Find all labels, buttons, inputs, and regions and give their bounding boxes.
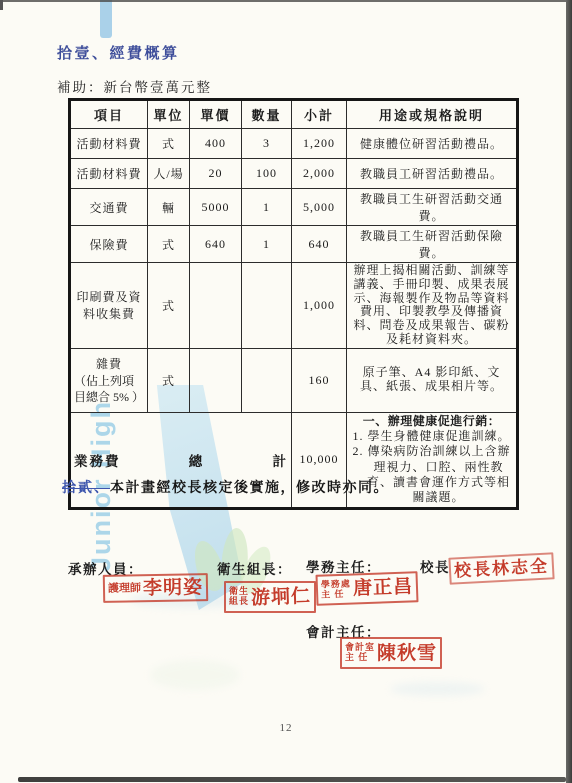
table-row: 印刷費及資料收集費 式 1,000 辦理上揭相關活動、訓練等講義、手冊印製、成果… [70,263,518,349]
stamp-accounting-director-title: 會計室 主 任 [345,643,375,663]
header-subtotal: 小計 [292,100,347,129]
table-row: 保險費 式 640 1 640 教職員工生研習活動保險費。 [70,226,518,263]
cell-subtotal: 1,000 [292,263,347,349]
header-quantity: 數量 [242,100,292,129]
cell-subtotal: 160 [292,348,347,412]
stamp-academic-director-name: 唐正昌 [353,577,414,598]
note-item: 1. 學生身體健康促進訓練。 [350,429,513,444]
stamp-accounting-director-name: 陳秋雪 [377,644,437,663]
cell-description: 教職員工研習活動禮品。 [347,159,518,189]
stamp-health-chief-name: 游坰仁 [251,586,312,607]
stamp-title-bottom: 組長 [229,597,249,607]
cell-unit: 式 [148,129,190,159]
closing-prefix: 拾貳、 [62,481,110,496]
cell-unit: 輛 [148,189,190,226]
cell-subtotal: 5,000 [292,189,347,226]
header-description: 用途或規格說明 [347,100,518,129]
subsidy-line: 補助：新台幣壹萬元整 [57,76,212,96]
cell-unit: 人/場 [148,159,190,189]
label-health-chief: 衛生組長： [217,558,292,578]
table-header-row: 項目 單位 單價 數量 小計 用途或規格說明 [70,100,518,129]
cell-quantity [242,263,292,349]
cell-quantity [242,348,292,412]
label-principal: 校長 [420,556,450,576]
cell-quantity: 1 [242,226,292,263]
cell-quantity: 3 [242,129,292,159]
cell-item-main: 雜費 [74,355,144,373]
cell-description: 教職員工生研習活動交通費。 [347,189,518,226]
closing-statement: 拾貳、本計畫經校長核定後實施，修改時亦同。 [62,477,389,497]
stamp-staff-name: 李明姿 [143,578,203,598]
stamp-academic-director-title: 學務處 主 任 [321,579,352,600]
cell-item-note: （佔上列項目總合 5% ） [74,373,144,405]
cell-unit: 式 [148,226,190,263]
closing-text: 本計畫經校長核定後實施，修改時亦同。 [110,481,389,496]
cell-unit-price [190,348,242,412]
scanned-document-page: Junior High 拾壹、經費概算 補助：新台幣壹萬元整 項目 單位 單價 … [0,0,572,783]
scan-edge-bottom [18,777,566,782]
notes-heading: 一、辦理健康促進行銷： [350,414,513,429]
cell-subtotal: 2,000 [292,159,347,189]
header-unit-price: 單價 [190,100,242,129]
stamp-staff-title: 護理師 [108,583,141,595]
budget-table: 項目 單位 單價 數量 小計 用途或規格說明 活動材料費 式 400 3 1,2… [68,98,519,510]
cell-item: 交通費 [70,189,148,226]
header-unit: 單位 [148,100,190,129]
cell-subtotal: 1,200 [292,129,347,159]
stamp-principal-name: 校長林志全 [454,558,550,580]
cell-description: 辦理上揭相關活動、訓練等講義、手冊印製、成果表展示、海報製作及物品等資料費用、印… [347,263,518,349]
cell-quantity: 100 [242,159,292,189]
cell-item: 印刷費及資料收集費 [70,263,148,349]
stamp-title-bottom: 主 任 [345,653,375,663]
cell-item: 保險費 [70,226,148,263]
cell-unit: 式 [148,263,190,349]
scan-edge-corner [0,0,3,10]
stamp-health-chief-title: 衛生 組長 [229,587,249,607]
page-number: 12 [0,722,572,734]
table-row: 活動材料費 人/場 20 100 2,000 教職員工研習活動禮品。 [70,159,518,189]
stamp-principal: 校長林志全 [448,552,554,584]
cell-item: 雜費 （佔上列項目總合 5% ） [70,348,148,412]
cell-unit-price: 5000 [190,189,242,226]
cell-unit-price: 20 [190,159,242,189]
stamp-academic-director: 學務處 主 任 唐正昌 [315,571,418,606]
table-row: 活動材料費 式 400 3 1,200 健康體位研習活動禮品。 [70,129,518,159]
cell-description: 健康體位研習活動禮品。 [347,129,518,159]
section-title: 拾壹、經費概算 [57,42,180,63]
total-label-part: 業務費 [74,450,121,470]
cell-item: 活動材料費 [70,129,148,159]
cell-subtotal: 640 [292,226,347,263]
header-item: 項目 [70,100,148,129]
stamp-staff: 護理師 李明姿 [103,573,208,603]
table-row: 雜費 （佔上列項目總合 5% ） 式 160 原子筆、A4 影印紙、文具、紙張、… [70,348,518,412]
cell-quantity: 1 [242,189,292,226]
table-row: 交通費 輛 5000 1 5,000 教職員工生研習活動交通費。 [70,189,518,226]
scan-edge-top [0,0,572,2]
cell-unit-price [190,263,242,349]
scan-edge-right [566,0,572,783]
scan-bleedthrough-smudge [150,660,240,690]
cell-unit-price: 640 [190,226,242,263]
total-label-part: 計 [273,450,289,470]
scan-bleedthrough-smudge [390,682,485,696]
watermark-blue-bar [100,0,112,38]
cell-unit: 式 [148,348,190,412]
stamp-title-bottom: 主 任 [321,589,351,600]
cell-description: 教職員工生研習活動保險費。 [347,226,518,263]
cell-description: 原子筆、A4 影印紙、文具、紙張、成果相片等。 [347,348,518,412]
stamp-health-chief: 衛生 組長 游坰仁 [224,581,316,613]
total-label-part: 總 [189,450,205,470]
stamp-accounting-director: 會計室 主 任 陳秋雪 [340,637,442,669]
cell-item: 活動材料費 [70,159,148,189]
cell-unit-price: 400 [190,129,242,159]
